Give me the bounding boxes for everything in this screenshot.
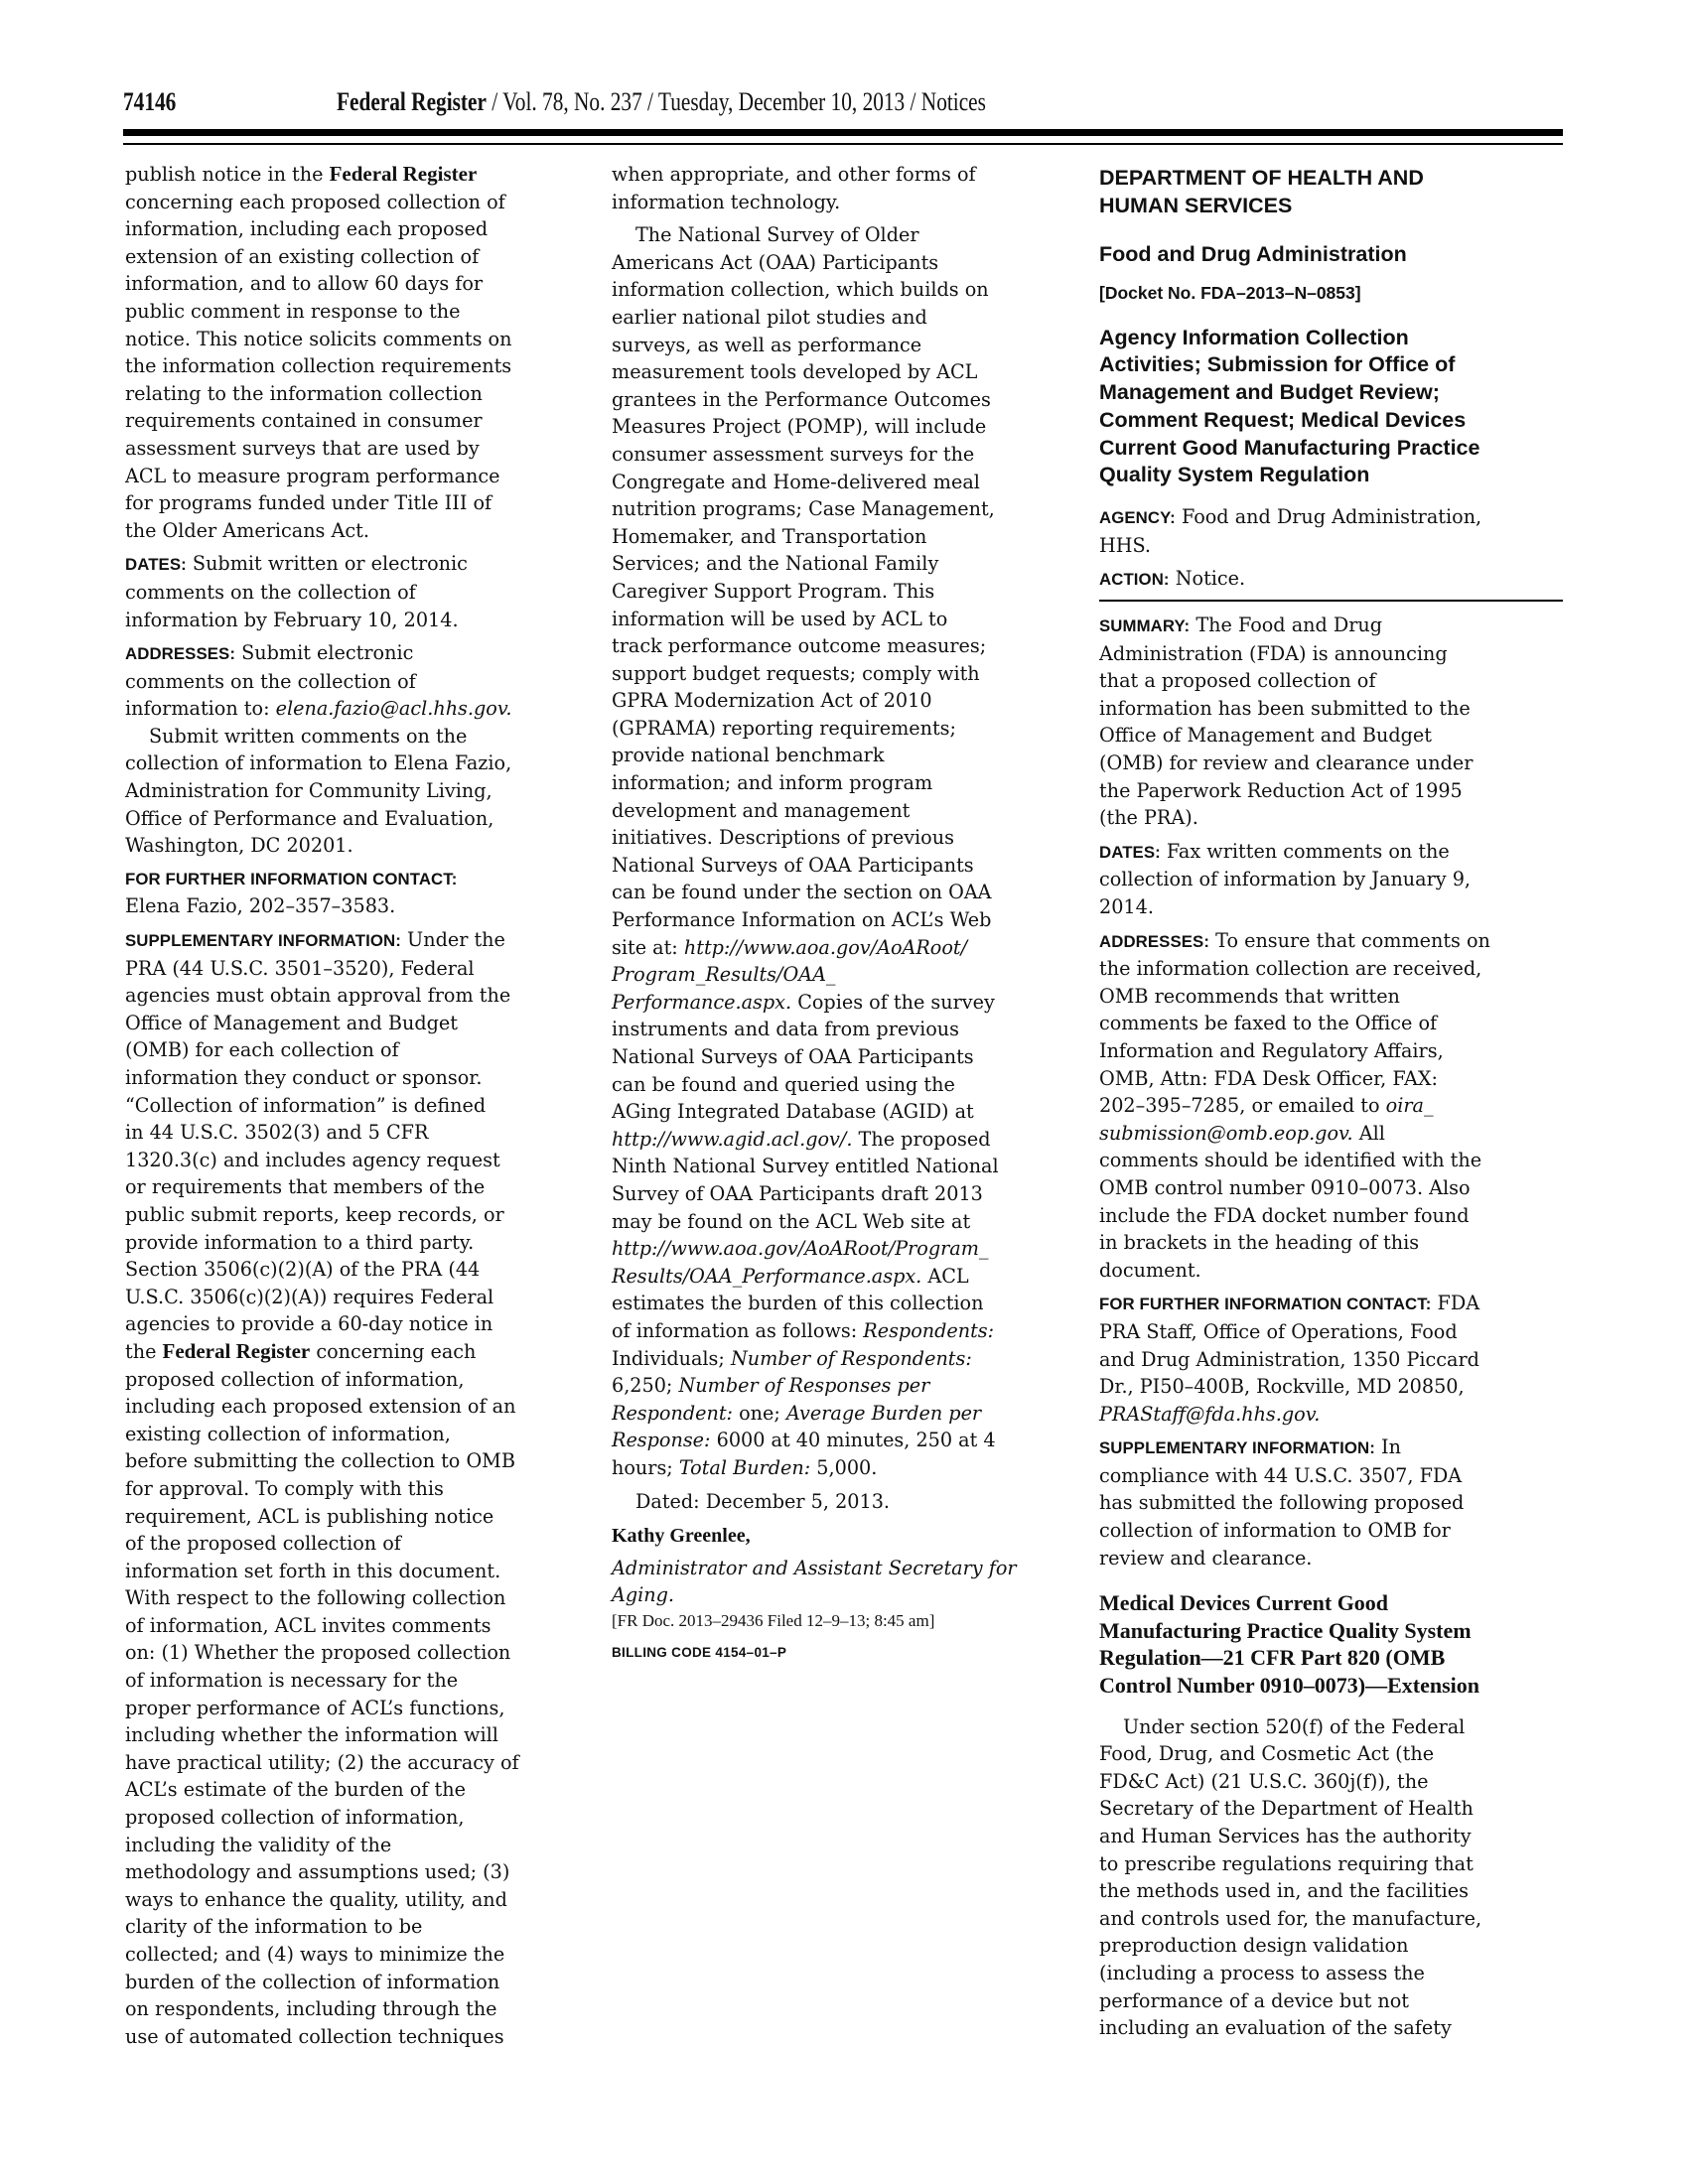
text-line: information they conduct or sponsor. [125, 1064, 584, 1092]
email-link[interactable]: submission@omb.eop.gov. [1099, 1122, 1353, 1145]
text-line: ACL to measure program performance [125, 463, 584, 490]
body-paragraph: Under section 520(f) of the Federal Food… [1099, 1713, 1558, 2042]
text-line: assessment surveys that are used by [125, 435, 584, 463]
text-line: grantees in the Performance Outcomes [612, 386, 1070, 414]
url-link[interactable]: http://www.aoa.gov/AoARoot/Program_ [612, 1237, 989, 1260]
text-line: “Collection of information” is defined [125, 1092, 584, 1120]
url-link[interactable]: Performance.aspx. [612, 991, 791, 1014]
text-line: collection of information to OMB for [1099, 1517, 1558, 1545]
text-line: of information, ACL invites comments [125, 1612, 584, 1640]
text-line: Ninth National Survey entitled National [612, 1153, 1070, 1180]
text-line: document. [1099, 1257, 1558, 1285]
text-line: information, including each proposed [125, 215, 584, 243]
text-line: Homemaker, and Transportation [612, 523, 1070, 551]
text: The Food and Drug [1190, 614, 1382, 636]
text-line: review and clearance. [1099, 1545, 1558, 1572]
text: Fax written comments on the [1161, 840, 1450, 863]
action-label: ACTION: [1099, 570, 1170, 589]
text-line: track performance outcome measures; [612, 632, 1070, 660]
text-line: public comment in response to the [125, 298, 584, 326]
text-line: the Older Americans Act. [125, 517, 584, 545]
text-line: HUMAN SERVICES [1099, 193, 1558, 220]
text-line: on respondents, including through the [125, 1995, 584, 2023]
page-number: 74146 [123, 87, 176, 117]
text-line: initiatives. Descriptions of previous [612, 824, 1070, 852]
text-line: DEPARTMENT OF HEALTH AND [1099, 165, 1558, 193]
text-line: Submit written comments on the [125, 723, 584, 751]
text-line: measurement tools developed by ACL [612, 358, 1070, 386]
text: site at: [612, 936, 684, 959]
italic-term: Response: [612, 1429, 711, 1451]
text-line: (OMB) for each collection of [125, 1036, 584, 1064]
text: Food and Drug Administration, [1176, 505, 1481, 528]
dated-line: Dated: December 5, 2013. [612, 1488, 1070, 1516]
text-line: the information collection are received, [1099, 955, 1558, 983]
text-line: provide information to a third party. [125, 1229, 584, 1257]
addresses-section: ADDRESSES: Submit electronic comments on… [125, 639, 584, 860]
department-heading: DEPARTMENT OF HEALTH AND HUMAN SERVICES [1099, 165, 1558, 219]
text-line: information, and to allow 60 days for [125, 270, 584, 298]
text-line: development and management [612, 797, 1070, 825]
text-line: information technology. [612, 189, 1070, 216]
text-line: before submitting the collection to OMB [125, 1447, 584, 1475]
text-line: in 44 U.S.C. 3502(3) and 5 CFR [125, 1119, 584, 1147]
text: In [1375, 1435, 1401, 1458]
text-line: Quality System Regulation [1099, 462, 1558, 489]
text: Individuals; [612, 1347, 731, 1370]
text-line: for programs funded under Title III of [125, 489, 584, 517]
text-line: performance of a device but not [1099, 1987, 1558, 2015]
text-line: National Surveys of OAA Participants [612, 1043, 1070, 1071]
docket-number: [Docket No. FDA–2013–N–0853] [1099, 281, 1558, 305]
text-line: Caregiver Support Program. This [612, 578, 1070, 606]
text-line: GPRA Modernization Act of 2010 [612, 687, 1070, 715]
column-1: publish notice in the Federal Register c… [125, 161, 584, 2050]
text-line: the Paperwork Reduction Act of 1995 [1099, 777, 1558, 805]
text-line: (the PRA). [1099, 804, 1558, 832]
email-link[interactable]: elena.fazio@acl.hhs.gov. [276, 697, 512, 720]
text-line: Performance Information on ACL’s Web [612, 906, 1070, 934]
text-line: public submit reports, keep records, or [125, 1201, 584, 1229]
text-line: earlier national pilot studies and [612, 304, 1070, 332]
document-title: Agency Information Collection Activities… [1099, 325, 1558, 490]
contact-label: FOR FURTHER INFORMATION CONTACT: [1099, 1295, 1431, 1313]
federal-register-bold: Federal Register [330, 162, 478, 186]
text-line: PRA (44 U.S.C. 3501–3520), Federal [125, 955, 584, 983]
text: the [125, 1340, 163, 1363]
text-line: provide national benchmark [612, 742, 1070, 769]
text-line: Secretary of the Department of Health [1099, 1795, 1558, 1823]
text-line: consumer assessment surveys for the [612, 441, 1070, 469]
text: All [1353, 1122, 1385, 1145]
text: Submit electronic [235, 641, 413, 664]
text-line: proposed collection of information, [125, 1804, 584, 1832]
supplementary-label: SUPPLEMENTARY INFORMATION: [1099, 1438, 1375, 1457]
text-line: (OMB) for review and clearance under [1099, 750, 1558, 777]
text-line: information; and inform program [612, 769, 1070, 797]
signer-title: Administrator and Assistant Secretary fo… [612, 1555, 1070, 1582]
text-line: Congregate and Home-delivered meal [612, 469, 1070, 496]
text-line: on: (1) Whether the proposed collection [125, 1639, 584, 1667]
header-rule-thick [123, 129, 1563, 136]
text-line: surveys, as well as performance [612, 332, 1070, 359]
text: concerning each [310, 1340, 476, 1363]
contact-value: Elena Fazio, 202–357–3583. [125, 892, 584, 920]
text-line: Section 3506(c)(2)(A) of the PRA (44 [125, 1256, 584, 1284]
text-line: HHS. [1099, 532, 1558, 560]
text-line: when appropriate, and other forms of [612, 161, 1070, 189]
text-line: of information is necessary for the [125, 1667, 584, 1695]
text-line: extension of an existing collection of [125, 243, 584, 271]
dates-section: DATES: Submit written or electronic comm… [125, 550, 584, 633]
text-line: Management and Budget Review; [1099, 379, 1558, 407]
text: 202–395–7285, or emailed to [1099, 1094, 1386, 1117]
text-line: Food, Drug, and Cosmetic Act (the [1099, 1740, 1558, 1768]
text-line: collection of information to Elena Fazio… [125, 750, 584, 777]
italic-term: Number of Responses per [679, 1374, 930, 1397]
dates-section: DATES: Fax written comments on the colle… [1099, 838, 1558, 921]
journal-name: Federal Register [337, 87, 487, 116]
url-link[interactable]: http://www.aoa.gov/AoARoot/ [684, 936, 967, 959]
italic-term: Respondents: [863, 1319, 994, 1342]
text-line: Manufacturing Practice Quality System [1099, 1617, 1558, 1645]
fr-doc-line: [FR Doc. 2013–29436 Filed 12–9–13; 8:45 … [612, 1609, 1070, 1633]
text: hours; [612, 1456, 679, 1479]
federal-register-bold: Federal Register [163, 1339, 311, 1363]
text-line: Under section 520(f) of the Federal [1099, 1713, 1558, 1741]
text-line: nutrition programs; Case Management, [612, 495, 1070, 523]
agency-heading: Food and Drug Administration [1099, 241, 1558, 269]
url-link[interactable]: http://www.agid.acl.gov/. [612, 1128, 852, 1151]
text-line: Medical Devices Current Good [1099, 1589, 1558, 1617]
text-line: PRA Staff, Office of Operations, Food [1099, 1318, 1558, 1346]
text: 6000 at 40 minutes, 250 at 4 [711, 1429, 996, 1451]
text-line: requirements contained in consumer [125, 407, 584, 435]
text-line: concerning each proposed collection of [125, 189, 584, 216]
supplementary-section: SUPPLEMENTARY INFORMATION: In compliance… [1099, 1433, 1558, 1571]
contact-section: FOR FURTHER INFORMATION CONTACT: Elena F… [125, 866, 584, 920]
billing-code: BILLING CODE 4154–01–P [612, 1639, 1070, 1667]
text-line: can be found under the section on OAA [612, 879, 1070, 906]
text-line: comments should be identified with the [1099, 1147, 1558, 1174]
url-link[interactable]: Program_Results/OAA_ [612, 963, 836, 986]
text-line: information has been submitted to the [1099, 695, 1558, 723]
text: one; [733, 1402, 786, 1425]
text-line: FD&C Act) (21 U.S.C. 360j(f)), the [1099, 1768, 1558, 1796]
addresses-label: ADDRESSES: [1099, 932, 1209, 951]
text-line: existing collection of information, [125, 1421, 584, 1448]
text-line: (GPRAMA) reporting requirements; [612, 715, 1070, 743]
text-line: agencies must obtain approval from the [125, 982, 584, 1010]
text-line: collected; and (4) ways to minimize the [125, 1941, 584, 1969]
agency-label: AGENCY: [1099, 508, 1176, 527]
text-line: instruments and data from previous [612, 1016, 1070, 1043]
text: ACL [921, 1265, 968, 1288]
text: 5,000. [810, 1456, 877, 1479]
column-3: DEPARTMENT OF HEALTH AND HUMAN SERVICES … [1099, 161, 1558, 2042]
text-line: including each proposed extension of an [125, 1393, 584, 1421]
text-line: or requirements that members of the [125, 1173, 584, 1201]
text-line: of the proposed collection of [125, 1530, 584, 1558]
text: 6,250; [612, 1374, 679, 1397]
text-line: Measures Project (POMP), will include [612, 413, 1070, 441]
text-line: collection of information by January 9, [1099, 866, 1558, 893]
dates-label: DATES: [125, 555, 187, 574]
signer-name: Kathy Greenlee, [612, 1523, 1070, 1551]
url-link[interactable]: Results/OAA_Performance.aspx. [612, 1265, 921, 1288]
text-line: requirement, ACL is publishing notice [125, 1503, 584, 1531]
text-line: information collection, which builds on [612, 276, 1070, 304]
text-line: including whether the information will [125, 1721, 584, 1749]
text-line: Office of Management and Budget [1099, 722, 1558, 750]
text-line: proposed collection of information, [125, 1366, 584, 1394]
text-line: notice. This notice solicits comments on [125, 326, 584, 353]
text-line: comments on the collection of [125, 579, 584, 607]
text-line: the methods used in, and the facilities [1099, 1877, 1558, 1905]
text-line: 1320.3(c) and includes agency request [125, 1147, 584, 1174]
text-line: and Drug Administration, 1350 Piccard [1099, 1346, 1558, 1374]
supplementary-section: SUPPLEMENTARY INFORMATION: Under the PRA… [125, 926, 584, 2050]
journal-issue: / Vol. 78, No. 237 / Tuesday, December 1… [487, 87, 986, 116]
text-line: in brackets in the heading of this [1099, 1229, 1558, 1257]
text-line: include the FDA docket number found [1099, 1202, 1558, 1230]
text-line: Regulation—21 CFR Part 820 (OMB [1099, 1644, 1558, 1672]
italic-term: Number of Respondents: [731, 1347, 972, 1370]
text-line: Information and Regulatory Affairs, [1099, 1037, 1558, 1065]
italic-term: Respondent: [612, 1402, 733, 1425]
text: Notice. [1170, 567, 1246, 590]
column-2: when appropriate, and other forms of inf… [612, 161, 1070, 1666]
text-line: Current Good Manufacturing Practice [1099, 435, 1558, 463]
summary-label: SUMMARY: [1099, 616, 1190, 635]
text-line: OMB, Attn: FDA Desk Officer, FAX: [1099, 1065, 1558, 1093]
text-line: National Surveys of OAA Participants [612, 852, 1070, 880]
text-line: U.S.C. 3506(c)(2)(A)) requires Federal [125, 1284, 584, 1311]
text-line: Americans Act (OAA) Participants [612, 249, 1070, 277]
text-line: including the validity of the [125, 1832, 584, 1859]
text: Submit written or electronic [187, 552, 468, 575]
text-line: OMB recommends that written [1099, 983, 1558, 1011]
text: publish notice in the [125, 163, 330, 186]
text-line: Services; and the National Family [612, 550, 1070, 578]
text-line: Office of Performance and Evaluation, [125, 805, 584, 833]
text-line: Activities; Submission for Office of [1099, 351, 1558, 379]
addresses-label: ADDRESSES: [125, 644, 235, 663]
text-line: use of automated collection techniques [125, 2023, 584, 2051]
text: FDA [1431, 1292, 1479, 1314]
email-link[interactable]: PRAStaff@fda.hhs.gov. [1099, 1403, 1320, 1426]
addresses-section: ADDRESSES: To ensure that comments on th… [1099, 927, 1558, 1285]
text-line: the information collection requirements [125, 352, 584, 380]
intro-paragraph: publish notice in the Federal Register c… [125, 161, 584, 544]
text: of information as follows: [612, 1319, 863, 1342]
regulation-subheading: Medical Devices Current Good Manufacturi… [1099, 1589, 1558, 1699]
italic-term: Average Burden per [786, 1402, 981, 1425]
header-rule-thin [123, 143, 1563, 145]
text-line: have practical utility; (2) the accuracy… [125, 1749, 584, 1777]
text-line: estimates the burden of this collection [612, 1290, 1070, 1317]
text-line: Control Number 0910–0073)—Extension [1099, 1672, 1558, 1700]
text-line: Agency Information Collection [1099, 325, 1558, 352]
text-line: support budget requests; comply with [612, 660, 1070, 688]
text-line: ways to enhance the quality, utility, an… [125, 1886, 584, 1914]
text-line: Washington, DC 20201. [125, 832, 584, 860]
text-line: information by February 10, 2014. [125, 607, 584, 634]
text-line: and controls used for, the manufacture, [1099, 1905, 1558, 1933]
text-line: Dr., PI50–400B, Rockville, MD 20850, [1099, 1373, 1558, 1401]
text-line: information will be used by ACL to [612, 606, 1070, 633]
text-line: The National Survey of Older [612, 221, 1070, 249]
text-line: that a proposed collection of [1099, 667, 1558, 695]
text-line: preproduction design validation [1099, 1932, 1558, 1960]
text: Copies of the survey [791, 991, 995, 1014]
text-line: may be found on the ACL Web site at [612, 1208, 1070, 1236]
text-line: OMB control number 0910–0073. Also [1099, 1174, 1558, 1202]
text-line: Survey of OAA Participants draft 2013 [612, 1180, 1070, 1208]
text-line: for approval. To comply with this [125, 1475, 584, 1503]
supplementary-label: SUPPLEMENTARY INFORMATION: [125, 931, 401, 950]
text-line: Office of Management and Budget [125, 1010, 584, 1037]
text: information to: [125, 697, 276, 720]
section-divider [1099, 600, 1563, 602]
summary-section: SUMMARY: The Food and Drug Administratio… [1099, 612, 1558, 832]
signer-title: Aging. [612, 1581, 1070, 1609]
text-line: and Human Services has the authority [1099, 1823, 1558, 1850]
federal-register-page: 74146 Federal Register / Vol. 78, No. 23… [0, 0, 1688, 2184]
text-line: 2014. [1099, 893, 1558, 921]
text: Under the [401, 928, 505, 951]
text-line: Administration for Community Living, [125, 777, 584, 805]
text-line: including an evaluation of the safety [1099, 2014, 1558, 2042]
text-line: AGing Integrated Database (AGID) at [612, 1098, 1070, 1126]
text-line: to prescribe regulations requiring that [1099, 1850, 1558, 1878]
text-line: agencies to provide a 60-day notice in [125, 1310, 584, 1338]
journal-citation: Federal Register / Vol. 78, No. 237 / Tu… [337, 87, 986, 117]
text-line: ACL’s estimate of the burden of the [125, 1776, 584, 1804]
survey-paragraph: The National Survey of Older Americans A… [612, 221, 1070, 1481]
text-line: compliance with 44 U.S.C. 3507, FDA [1099, 1462, 1558, 1490]
text-line: burden of the collection of information [125, 1969, 584, 1996]
text-line: (including a process to assess the [1099, 1960, 1558, 1987]
text-line: information set forth in this document. [125, 1558, 584, 1585]
contact-label: FOR FURTHER INFORMATION CONTACT: [125, 866, 584, 893]
text-line: comments be faxed to the Office of [1099, 1010, 1558, 1037]
dates-label: DATES: [1099, 843, 1161, 862]
text-line: Administration (FDA) is announcing [1099, 640, 1558, 668]
email-link[interactable]: oira_ [1386, 1094, 1434, 1117]
text-line: proper performance of ACL’s functions, [125, 1695, 584, 1722]
text-line: Comment Request; Medical Devices [1099, 407, 1558, 435]
text-line: clarity of the information to be [125, 1913, 584, 1941]
text: The proposed [852, 1128, 990, 1151]
text-line: With respect to the following collection [125, 1584, 584, 1612]
text: To ensure that comments on [1209, 929, 1490, 952]
text-line: has submitted the following proposed [1099, 1489, 1558, 1517]
text-line: comments on the collection of [125, 668, 584, 696]
text-line: can be found and queried using the [612, 1071, 1070, 1099]
contact-section: FOR FURTHER INFORMATION CONTACT: FDA PRA… [1099, 1290, 1558, 1428]
italic-term: Total Burden: [679, 1456, 810, 1479]
running-head: 74146 Federal Register / Vol. 78, No. 23… [123, 87, 1563, 127]
text-line: methodology and assumptions used; (3) [125, 1858, 584, 1886]
text-line: relating to the information collection [125, 380, 584, 408]
